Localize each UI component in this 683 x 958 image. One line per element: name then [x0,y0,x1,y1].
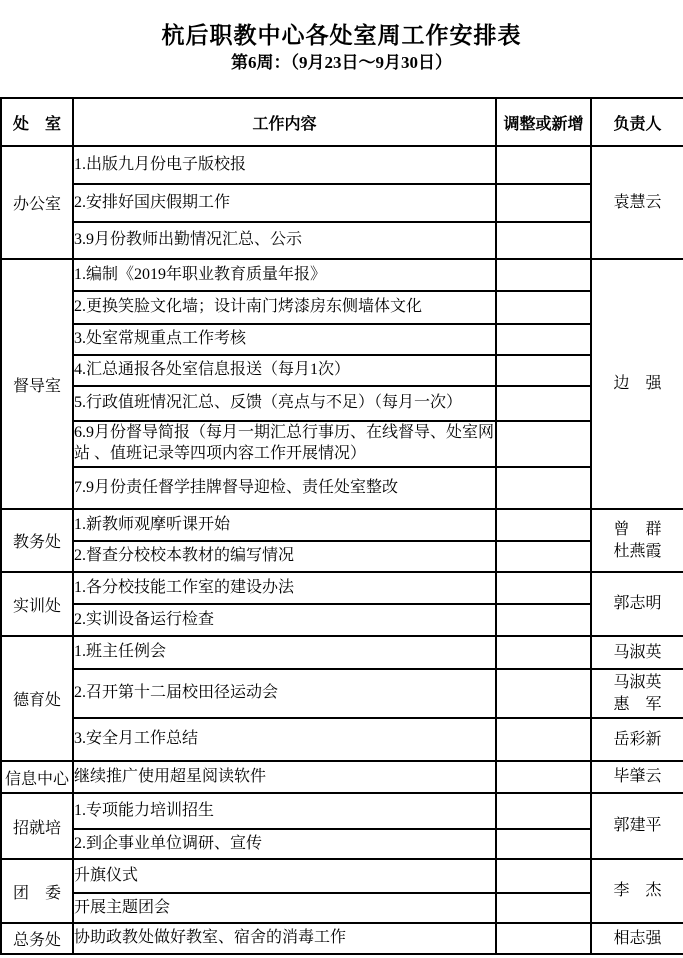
table-row: 实训处 1.各分校技能工作室的建设办法 郭志明 [1,572,683,604]
task-cell: 1.编制《2019年职业教育质量年报》 [73,259,496,291]
table-header-row: 处 室 工作内容 调整或新增 负责人 [1,98,683,146]
table-row: 2.实训设备运行检查 [1,604,683,636]
task-cell: 2.实训设备运行检查 [73,604,496,636]
task-cell: 7.9月份责任督学挂牌督导迎检、责任处室整改 [73,467,496,509]
adjust-cell [496,793,591,829]
owner-cell: 郭志明 [591,572,683,636]
table-row: 3.安全月工作总结 岳彩新 [1,718,683,761]
task-cell: 1.出版九月份电子版校报 [73,146,496,184]
table-row: 2.到企事业单位调研、宣传 [1,829,683,859]
adjust-cell [496,222,591,259]
owner-cell: 边 强 [591,259,683,509]
task-cell: 2.督查分校校本教材的编写情况 [73,541,496,572]
adjust-cell [496,572,591,604]
adjust-cell [496,421,591,467]
adjust-cell [496,355,591,386]
table-row: 教务处 1.新教师观摩听课开始 曾 群 杜燕霞 [1,509,683,541]
col-header-adjust: 调整或新增 [496,98,591,146]
table-row: 总务处 协助政教处做好教室、宿舍的消毒工作 相志强 [1,923,683,954]
adjust-cell [496,669,591,718]
table-row: 信息中心 继续推广使用超星阅读软件 毕肇云 [1,761,683,793]
adjust-cell [496,923,591,954]
dept-cell: 督导室 [1,259,73,509]
task-cell: 继续推广使用超星阅读软件 [73,761,496,793]
adjust-cell [496,324,591,355]
table-row: 招就培 1.专项能力培训招生 郭建平 [1,793,683,829]
task-cell: 6.9月份督导简报（每月一期汇总行事历、在线督导、处室网站 、值班记录等四项内容… [73,421,496,467]
adjust-cell [496,467,591,509]
page-title: 杭后职教中心各处室周工作安排表 [0,22,683,50]
task-cell: 2.更换笑脸文化墙；设计南门烤漆房东侧墙体文化 [73,291,496,324]
task-cell: 5.行政值班情况汇总、反馈（亮点与不足）（每月一次） [73,386,496,421]
dept-cell: 团 委 [1,859,73,923]
task-cell: 1.班主任例会 [73,636,496,669]
task-cell: 3.处室常规重点工作考核 [73,324,496,355]
adjust-cell [496,718,591,761]
owner-cell: 岳彩新 [591,718,683,761]
adjust-cell [496,259,591,291]
table-row: 2.更换笑脸文化墙；设计南门烤漆房东侧墙体文化 [1,291,683,324]
owner-cell: 郭建平 [591,793,683,859]
table-row: 团 委 升旗仪式 李 杰 [1,859,683,893]
adjust-cell [496,636,591,669]
adjust-cell [496,541,591,572]
dept-cell: 德育处 [1,636,73,761]
owner-cell: 袁慧云 [591,146,683,259]
task-cell: 1.各分校技能工作室的建设办法 [73,572,496,604]
table-row: 4.汇总通报各处室信息报送（每月1次） [1,355,683,386]
owner-cell: 曾 群 杜燕霞 [591,509,683,572]
table-row: 办公室 1.出版九月份电子版校报 袁慧云 [1,146,683,184]
adjust-cell [496,829,591,859]
task-cell: 1.专项能力培训招生 [73,793,496,829]
dept-cell: 招就培 [1,793,73,859]
dept-cell: 信息中心 [1,761,73,793]
task-cell: 4.汇总通报各处室信息报送（每月1次） [73,355,496,386]
dept-cell: 办公室 [1,146,73,259]
task-cell: 2.召开第十二届校田径运动会 [73,669,496,718]
adjust-cell [496,184,591,222]
owner-cell: 毕肇云 [591,761,683,793]
schedule-table: 处 室 工作内容 调整或新增 负责人 办公室 1.出版九月份电子版校报 袁慧云 … [0,97,683,955]
task-cell: 升旗仪式 [73,859,496,893]
table-row: 督导室 1.编制《2019年职业教育质量年报》 边 强 [1,259,683,291]
table-row: 7.9月份责任督学挂牌督导迎检、责任处室整改 [1,467,683,509]
table-row: 2.督查分校校本教材的编写情况 [1,541,683,572]
adjust-cell [496,509,591,541]
task-cell: 协助政教处做好教室、宿舍的消毒工作 [73,923,496,954]
task-cell: 3.安全月工作总结 [73,718,496,761]
col-header-dept: 处 室 [1,98,73,146]
owner-cell: 马淑英 惠 军 [591,669,683,718]
table-row: 德育处 1.班主任例会 马淑英 [1,636,683,669]
task-cell: 2.安排好国庆假期工作 [73,184,496,222]
table-row: 5.行政值班情况汇总、反馈（亮点与不足）（每月一次） [1,386,683,421]
owner-cell: 李 杰 [591,859,683,923]
table-row: 6.9月份督导简报（每月一期汇总行事历、在线督导、处室网站 、值班记录等四项内容… [1,421,683,467]
owner-cell: 相志强 [591,923,683,954]
adjust-cell [496,146,591,184]
dept-cell: 总务处 [1,923,73,954]
table-row: 2.召开第十二届校田径运动会 马淑英 惠 军 [1,669,683,718]
adjust-cell [496,386,591,421]
adjust-cell [496,761,591,793]
page-subtitle: 第6周：（9月23日～9月30日） [0,50,683,76]
dept-cell: 教务处 [1,509,73,572]
task-cell: 3.9月份教师出勤情况汇总、公示 [73,222,496,259]
document-page: 杭后职教中心各处室周工作安排表 第6周：（9月23日～9月30日） 处 室 工作… [0,0,683,958]
table-row: 3.处室常规重点工作考核 [1,324,683,355]
task-cell: 1.新教师观摩听课开始 [73,509,496,541]
table-row: 3.9月份教师出勤情况汇总、公示 [1,222,683,259]
owner-cell: 马淑英 [591,636,683,669]
adjust-cell [496,893,591,923]
adjust-cell [496,604,591,636]
col-header-owner: 负责人 [591,98,683,146]
dept-cell: 实训处 [1,572,73,636]
task-cell: 开展主题团会 [73,893,496,923]
col-header-content: 工作内容 [73,98,496,146]
table-row: 2.安排好国庆假期工作 [1,184,683,222]
task-cell: 2.到企事业单位调研、宣传 [73,829,496,859]
title-block: 杭后职教中心各处室周工作安排表 第6周：（9月23日～9月30日） [0,0,683,97]
table-row: 开展主题团会 [1,893,683,923]
adjust-cell [496,859,591,893]
adjust-cell [496,291,591,324]
